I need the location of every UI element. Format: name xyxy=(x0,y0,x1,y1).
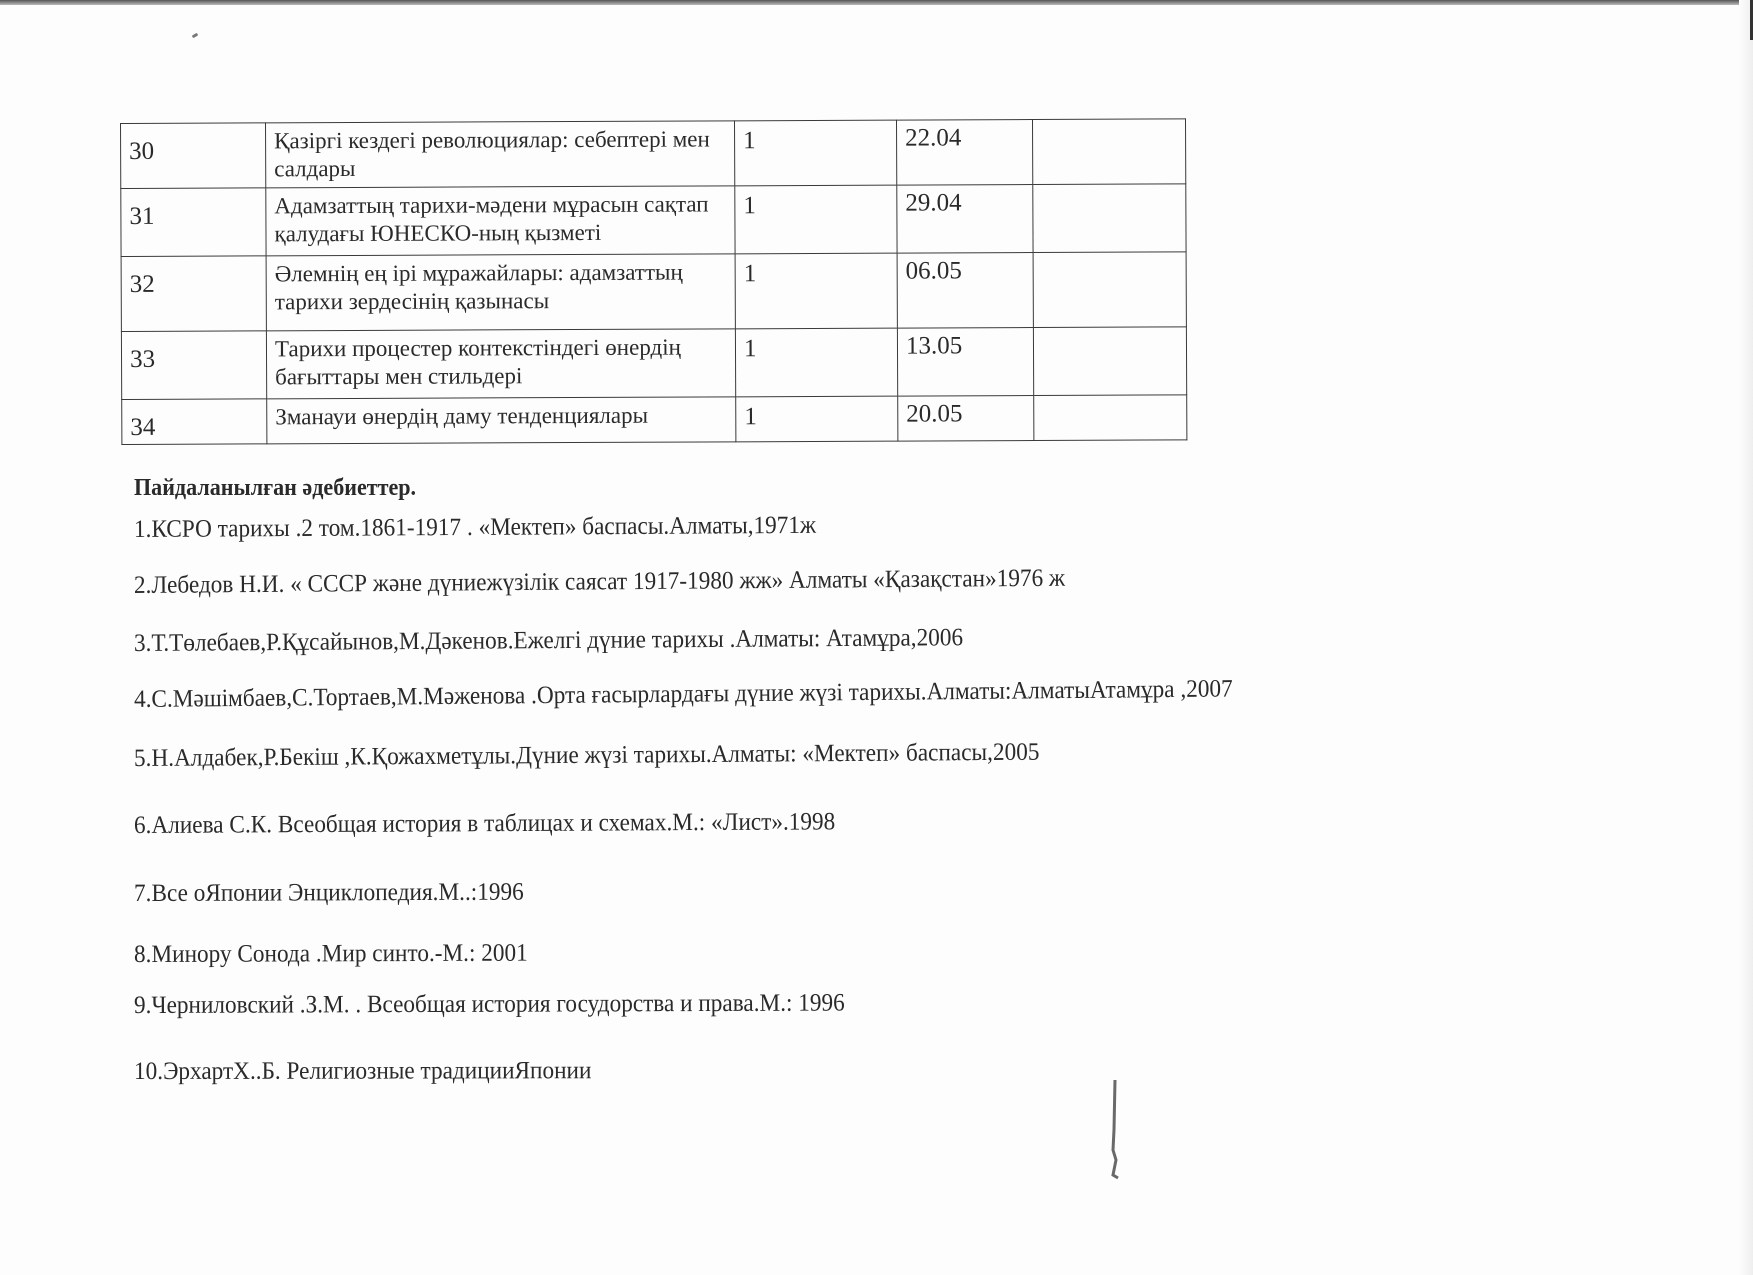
references-heading: Пайдаланылған әдебиеттер. xyxy=(134,475,416,502)
reference-item: 5.Н.Алдабек,Р.Бекіш ,К.Қожахметұлы.Дүние… xyxy=(134,739,1040,773)
cell-hours: 1 xyxy=(735,185,897,254)
table-row: 33Тарихи процестер контекстіндегі өнерді… xyxy=(121,327,1186,400)
cell-date: 29.04 xyxy=(897,185,1033,254)
reference-item: 10.ЭрхартХ..Б. Религиозные традицииЯпони… xyxy=(134,1057,591,1086)
cell-note xyxy=(1033,327,1186,396)
cell-note xyxy=(1033,252,1186,328)
table-row: 30Қазіргі кездегі революциялар: себептер… xyxy=(121,119,1186,189)
reference-item: 3.Т.Төлебаев,Р.Құсайынов,М.Дәкенов.Ежелг… xyxy=(134,624,963,658)
pen-mark xyxy=(1110,1080,1120,1180)
table-row: 31Адамзаттың тарихи-мәдени мұрасын сақта… xyxy=(121,184,1186,257)
cell-topic: Зманауи өнердің даму тенденциялары xyxy=(267,397,736,444)
cell-note xyxy=(1033,184,1186,253)
cell-topic: Қазіргі кездегі революциялар: себептері … xyxy=(266,121,735,188)
cell-date: 06.05 xyxy=(897,253,1033,329)
cell-hours: 1 xyxy=(735,253,897,329)
table-row: 34Зманауи өнердің даму тенденциялары120.… xyxy=(122,395,1187,445)
cell-num: 33 xyxy=(121,331,266,400)
table-row: 32Әлемнің ең ірі мұражайлары: адамзаттың… xyxy=(121,252,1186,332)
scan-speck xyxy=(192,33,199,39)
lesson-schedule-table: 30Қазіргі кездегі революциялар: себептер… xyxy=(120,118,1187,445)
scan-right-edge xyxy=(1739,0,1753,1275)
cell-topic: Тарихи процестер контекстіндегі өнердің … xyxy=(266,329,735,399)
reference-item: 2.Лебедов Н.И. « СССР және дүниежүзілік … xyxy=(134,565,1065,600)
reference-item: 9.Черниловский .З.М. . Всеобщая история … xyxy=(134,990,845,1020)
reference-item: 6.Алиева С.К. Всеобщая история в таблица… xyxy=(134,808,835,840)
cell-hours: 1 xyxy=(735,328,897,397)
cell-num: 34 xyxy=(122,399,267,445)
cell-topic: Әлемнің ең ірі мұражайлары: адамзаттың т… xyxy=(266,254,735,331)
cell-num: 30 xyxy=(121,123,266,189)
reference-item: 4.С.Мәшімбаев,С.Тортаев,М.Мәженова .Орта… xyxy=(134,675,1233,714)
cell-num: 31 xyxy=(121,188,266,257)
cell-note xyxy=(1034,395,1187,441)
cell-topic: Адамзаттың тарихи-мәдени мұрасын сақтап … xyxy=(266,186,735,256)
reference-item: 1.КСРО тарихы .2 том.1861-1917 . «Мектеп… xyxy=(134,512,816,544)
cell-note xyxy=(1032,119,1185,185)
cell-hours: 1 xyxy=(734,120,896,186)
cell-hours: 1 xyxy=(736,396,898,442)
cell-date: 20.05 xyxy=(898,396,1034,442)
cell-num: 32 xyxy=(121,256,266,332)
cell-date: 13.05 xyxy=(897,328,1033,397)
cell-date: 22.04 xyxy=(896,120,1032,186)
reference-item: 7.Все оЯпонии Энциклопедия.М..:1996 xyxy=(134,879,524,908)
scan-top-edge xyxy=(0,0,1753,5)
reference-item: 8.Минору Сонода .Мир синто.-М.: 2001 xyxy=(134,940,528,969)
